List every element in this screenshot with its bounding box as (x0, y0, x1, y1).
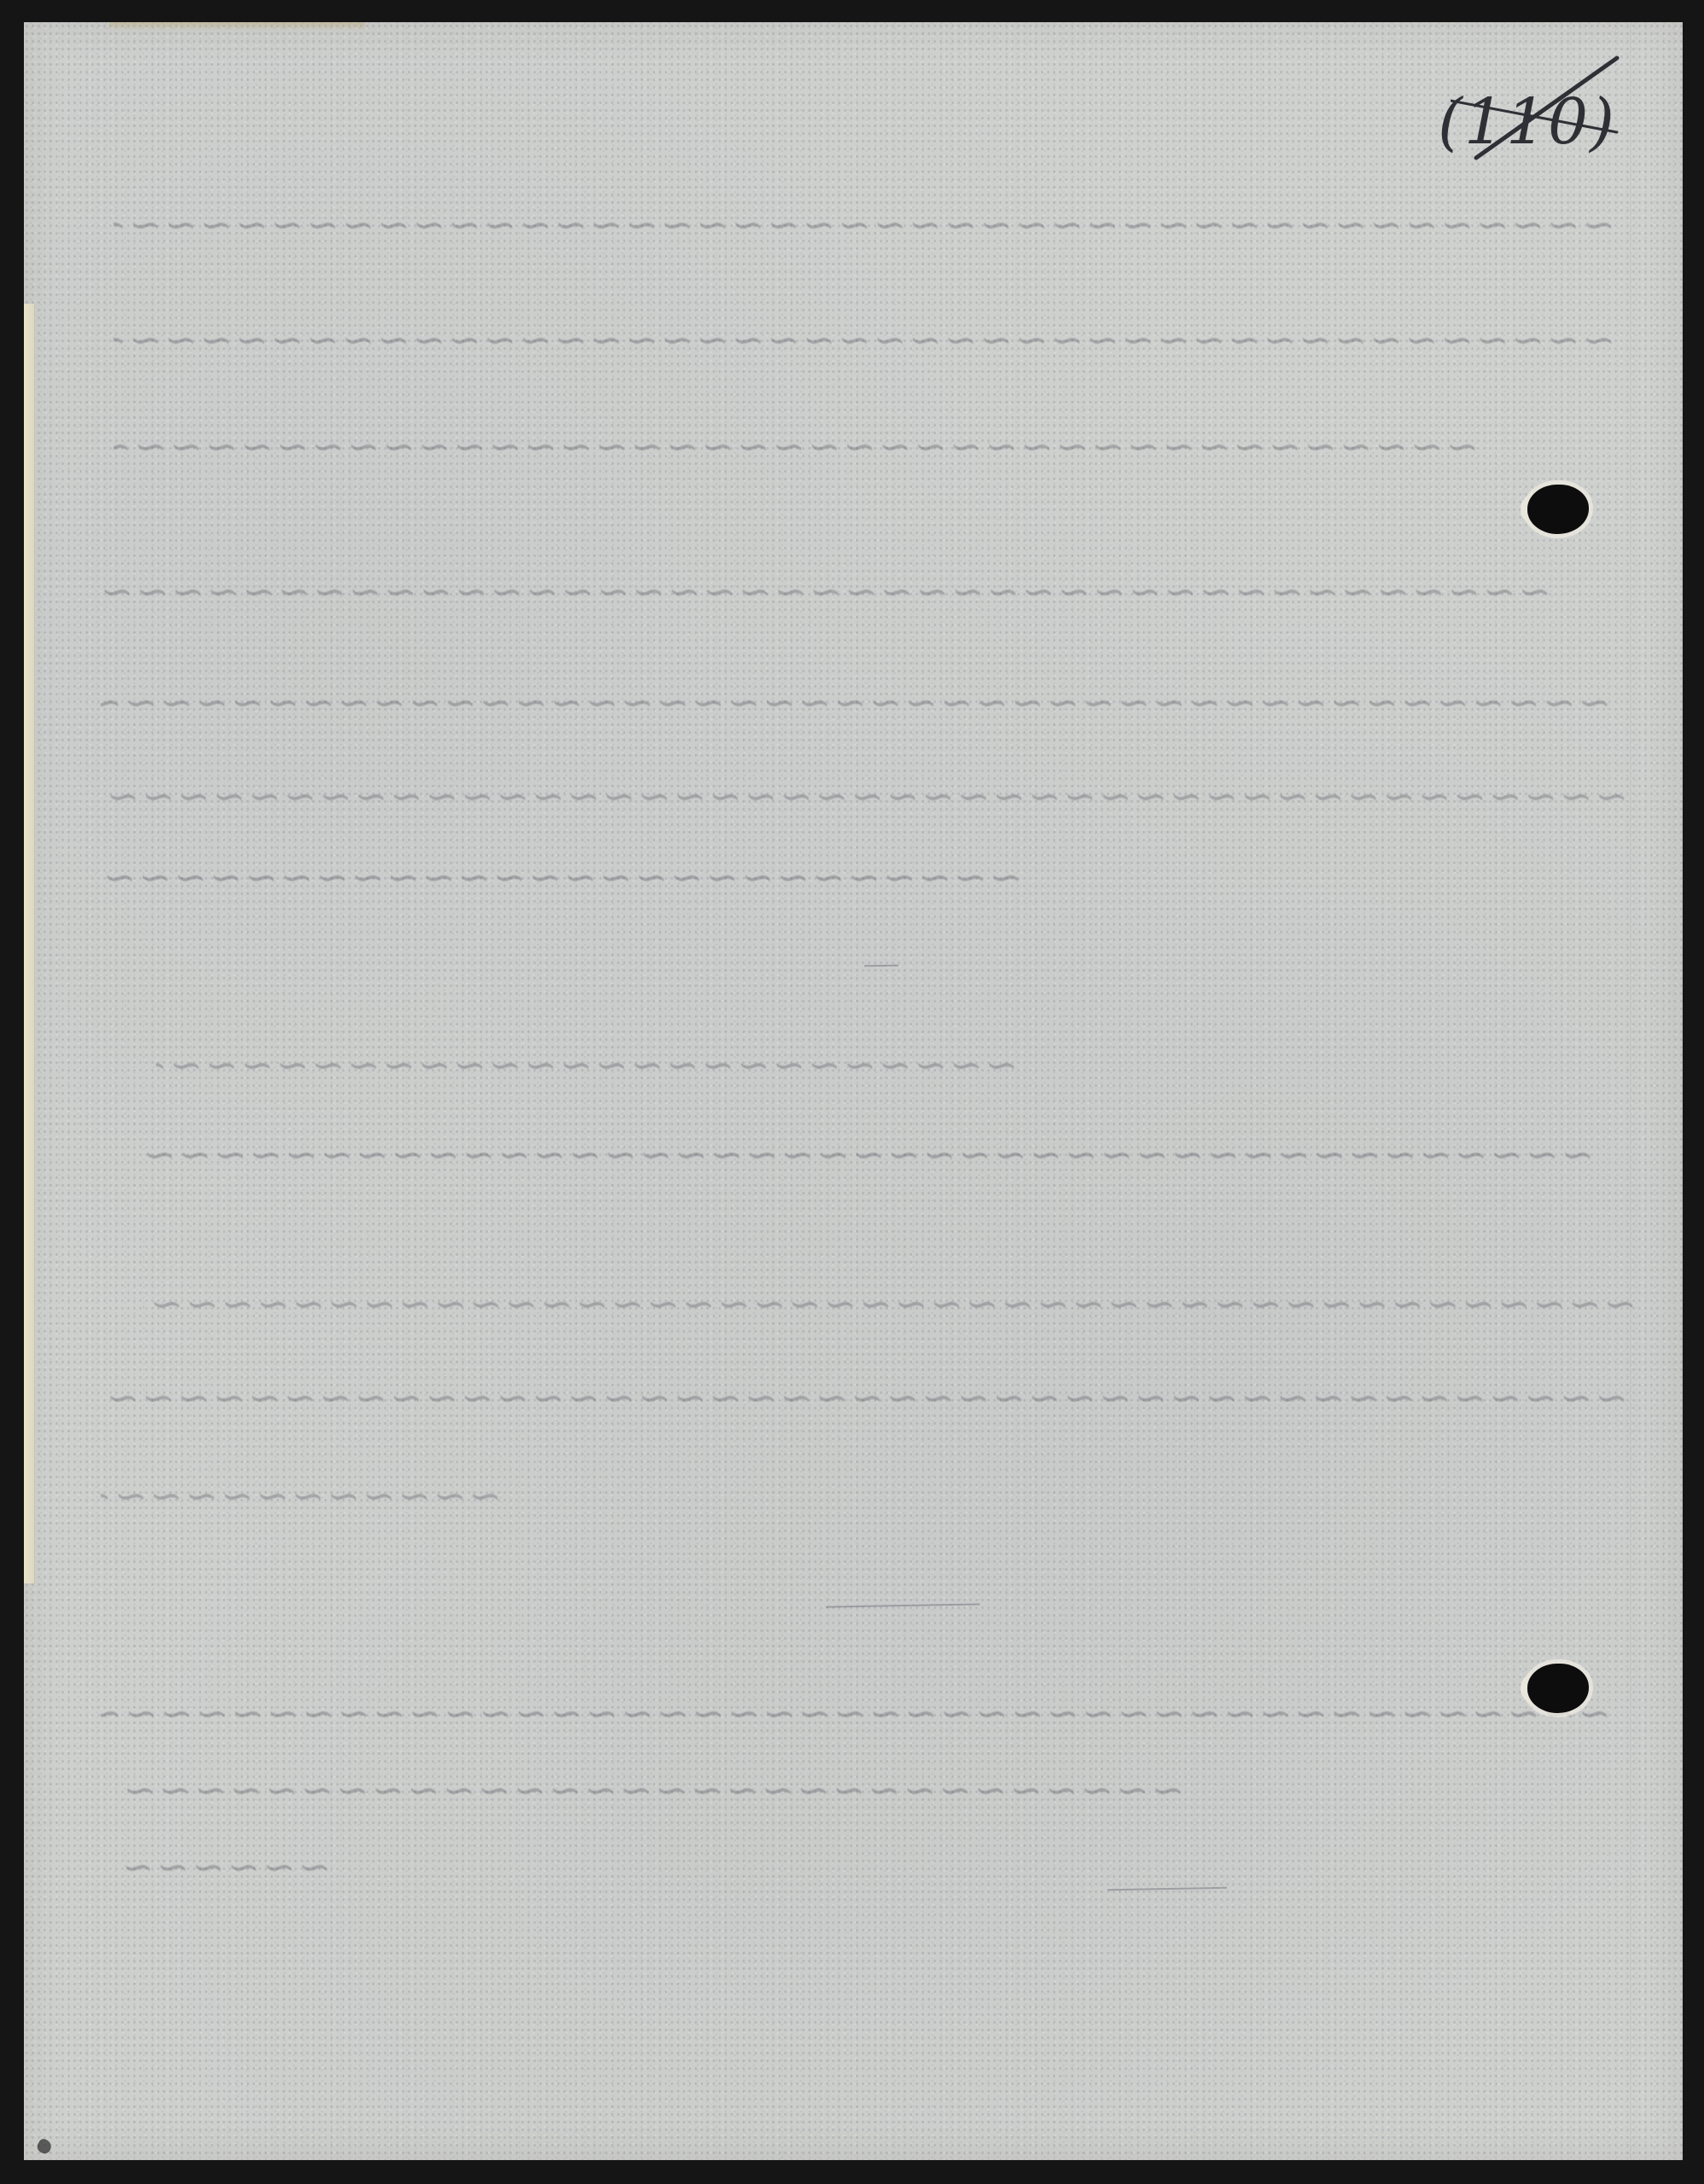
paper-sheet: ~~~~~~~~~~~~~~~~~~~~~~~~~~~~~~~~~~~~~~~~… (24, 22, 1683, 2160)
page-number: (110) (1438, 85, 1616, 159)
bleed-line: ~~~~~~~~~~~~~~~~~~~~~~~~~~~~~~~~~~~~~~~~… (113, 201, 1615, 247)
bleed-line: ~~~~~~~~~~~~~~~~~~~~~~~~~~~~~~~~~~~~~~~~… (113, 317, 1615, 363)
paper-fold-line (1630, 22, 1631, 2160)
bleed-line: ~~~~~~~~~~~~~~~~~~~~~~~~~~~~~~~~~~ (126, 1767, 1184, 1813)
punch-hole (1527, 1664, 1589, 1713)
bleed-line: ~~~~~~~~~~~~~~~~~~~~~~~~~~~~~~~~~~~~~~~~… (143, 1281, 1637, 1327)
bleed-line: ~~~~~~~~~~~~~~~~~~~~~~~~~~~~~~~~~~~~~~~~… (101, 773, 1628, 819)
divider-stroke (826, 1603, 980, 1607)
bleed-line: ~~~~~~~~~~~~~~~~~~~~~~~~~~~~~~~~~~~~~~~~… (101, 568, 1551, 614)
paper-edge-stain (109, 22, 365, 31)
bleed-line: ~~~~~~~~~~~~~~~~~~~~~~~~~~~~~~ (101, 854, 1022, 900)
bleed-line: ~~~~~~~~~~~~~ (101, 1472, 502, 1519)
divider-stroke (1108, 1887, 1227, 1891)
divider-stroke (864, 965, 899, 967)
paper-left-edge-strip (24, 304, 35, 1583)
bleed-line: ~~~~~~~~~~~~~~~~~~~~~~~~~~~~ (156, 1042, 1018, 1088)
bleed-line: ~~~~~~~~~~~~~~~~~~~~~~~~~~~~~~~~~~~~~~~~… (113, 423, 1479, 469)
scanned-page-background: ~~~~~~~~~~~~~~~~~~~~~~~~~~~~~~~~~~~~~~~~… (0, 0, 1704, 2184)
bleed-line: ~~~~~~~~~~~~~~~~~~~~~~~~~~~~~~~~~~~~~~~~… (101, 679, 1611, 725)
corner-smudge (35, 2137, 54, 2156)
punch-hole (1527, 485, 1589, 534)
bleed-line: ~~~~~~ (126, 1844, 331, 1890)
bleed-line: ~~~~~~~~~~~~~~~~~~~~~~~~~~~~~~~~~~~~~~~~… (101, 1374, 1628, 1420)
bleed-line: ~~~~~~~~~~~~~~~~~~~~~~~~~~~~~~~~~~~~~~~~… (101, 1690, 1611, 1736)
bleed-line: ~~~~~~~~~~~~~~~~~~~~~~~~~~~~~~~~~~~~~~~~… (143, 1131, 1594, 1177)
